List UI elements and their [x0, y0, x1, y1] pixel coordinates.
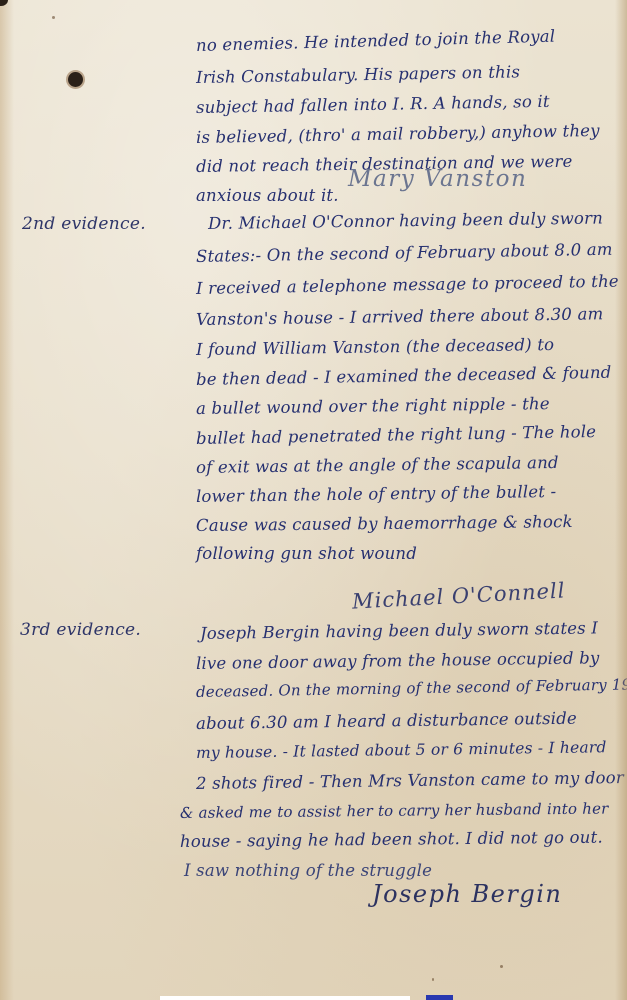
text-line: Dr. Michael O'Connor having been duly sw…: [208, 208, 603, 233]
text-line: lower than the hole of entry of the bull…: [196, 482, 557, 506]
text-line: following gun shot wound: [196, 544, 417, 563]
text-line: subject had fallen into I. R. A hands, s…: [196, 92, 550, 117]
punch-hole: [68, 72, 83, 87]
text-line: is believed, (thro' a mail robbery,) any…: [196, 121, 600, 147]
text-line: 2 shots fired - Then Mrs Vanston came to…: [196, 768, 624, 793]
text-line: live one door away from the house occupi…: [196, 648, 600, 673]
document-page: no enemies. He intended to join the Roya…: [0, 0, 627, 1000]
text-line: deceased. On the morning of the second o…: [196, 675, 627, 701]
text-line: I found William Vanston (the deceased) t…: [196, 335, 554, 359]
signature-mary-vanston: Mary Vanston: [348, 166, 527, 192]
scan-edge-strip: [160, 996, 410, 1000]
signature-joseph-bergin: Joseph Bergin: [372, 880, 562, 908]
text-line: about 6.30 am I heard a disturbance outs…: [196, 709, 577, 733]
text-line: bullet had penetrated the right lung - T…: [196, 422, 597, 448]
text-line: States:- On the second of February about…: [196, 240, 613, 266]
text-line: Cause was caused by haemorrhage & shock: [196, 512, 573, 535]
page-corner-damage: [0, 0, 8, 6]
text-line: of exit was at the angle of the scapula …: [196, 453, 559, 477]
text-line: my house. - It lasted about 5 or 6 minut…: [196, 738, 607, 762]
text-line: Vanston's house - I arrived there about …: [196, 304, 604, 329]
text-line: house - saying he had been shot. I did n…: [180, 828, 603, 851]
paper-speck: [432, 978, 434, 981]
paper-speck: [500, 965, 503, 968]
text-line: I saw nothing of the struggle: [184, 861, 432, 880]
signature-michael-oconnell: Michael O'Connell: [352, 578, 566, 613]
text-line: anxious about it.: [196, 186, 339, 205]
margin-label-2nd-evidence: 2nd evidence.: [22, 214, 146, 234]
text-line: no enemies. He intended to join the Roya…: [196, 27, 556, 55]
text-line: I received a telephone message to procee…: [196, 272, 619, 298]
text-line: a bullet wound over the right nipple - t…: [196, 394, 550, 418]
text-line: be then dead - I examined the deceased &…: [196, 363, 612, 389]
text-line: Irish Constabulary. His papers on this: [196, 62, 520, 87]
paper-speck: [52, 16, 55, 19]
margin-label-3rd-evidence: 3rd evidence.: [20, 620, 141, 640]
text-line: & asked me to assist her to carry her hu…: [180, 800, 609, 822]
scan-edge-mark: [426, 995, 453, 1000]
text-line: Joseph Bergin having been duly sworn sta…: [200, 618, 598, 643]
